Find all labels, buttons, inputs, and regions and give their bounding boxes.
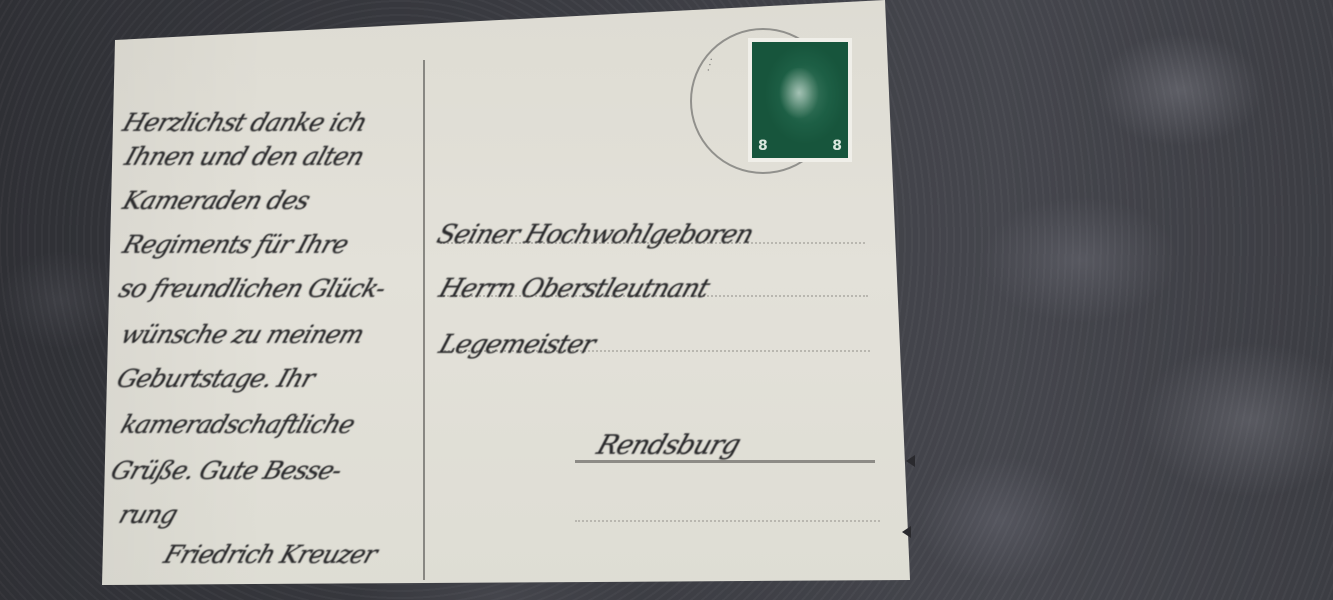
- address-line-2: Herrn Oberstleutnant: [435, 274, 713, 304]
- stamp-portrait-icon: [776, 68, 822, 130]
- address-line-1: Seiner Hochwohlgeboren: [433, 220, 757, 250]
- message-address-divider: [423, 60, 425, 580]
- address-destination: Rendsburg: [593, 430, 744, 461]
- postage-stamp: 8 8: [748, 38, 852, 162]
- stamp-field: 8 8: [752, 42, 848, 158]
- message-line-8: kameradschaftliche: [117, 410, 358, 439]
- signature: Friedrich Kreuzer: [160, 540, 380, 569]
- message-line-6: wünsche zu meinem: [117, 320, 367, 349]
- card-edge-notch-lower: [902, 526, 911, 538]
- message-line-5: so freundlichen Glück-: [115, 274, 389, 303]
- stamp-denomination-right: 8: [832, 138, 842, 154]
- message-line-10: rung: [115, 500, 181, 529]
- card-edge-notch-upper: [906, 455, 915, 467]
- address-guide-line-5: [575, 520, 880, 522]
- message-line-4: Regiments für Ihre: [119, 230, 351, 259]
- message-line-3: Kameraden des: [119, 186, 313, 215]
- message-line-7: Geburtstage. Ihr: [113, 364, 318, 393]
- message-line-1: Herzlichst danke ich: [119, 108, 370, 137]
- message-line-2: Ihnen und den alten: [121, 142, 367, 171]
- message-line-9: Grüße. Gute Besse-: [107, 456, 345, 485]
- stamp-denomination-left: 8: [758, 138, 768, 154]
- address-line-3: Legemeister: [435, 330, 598, 360]
